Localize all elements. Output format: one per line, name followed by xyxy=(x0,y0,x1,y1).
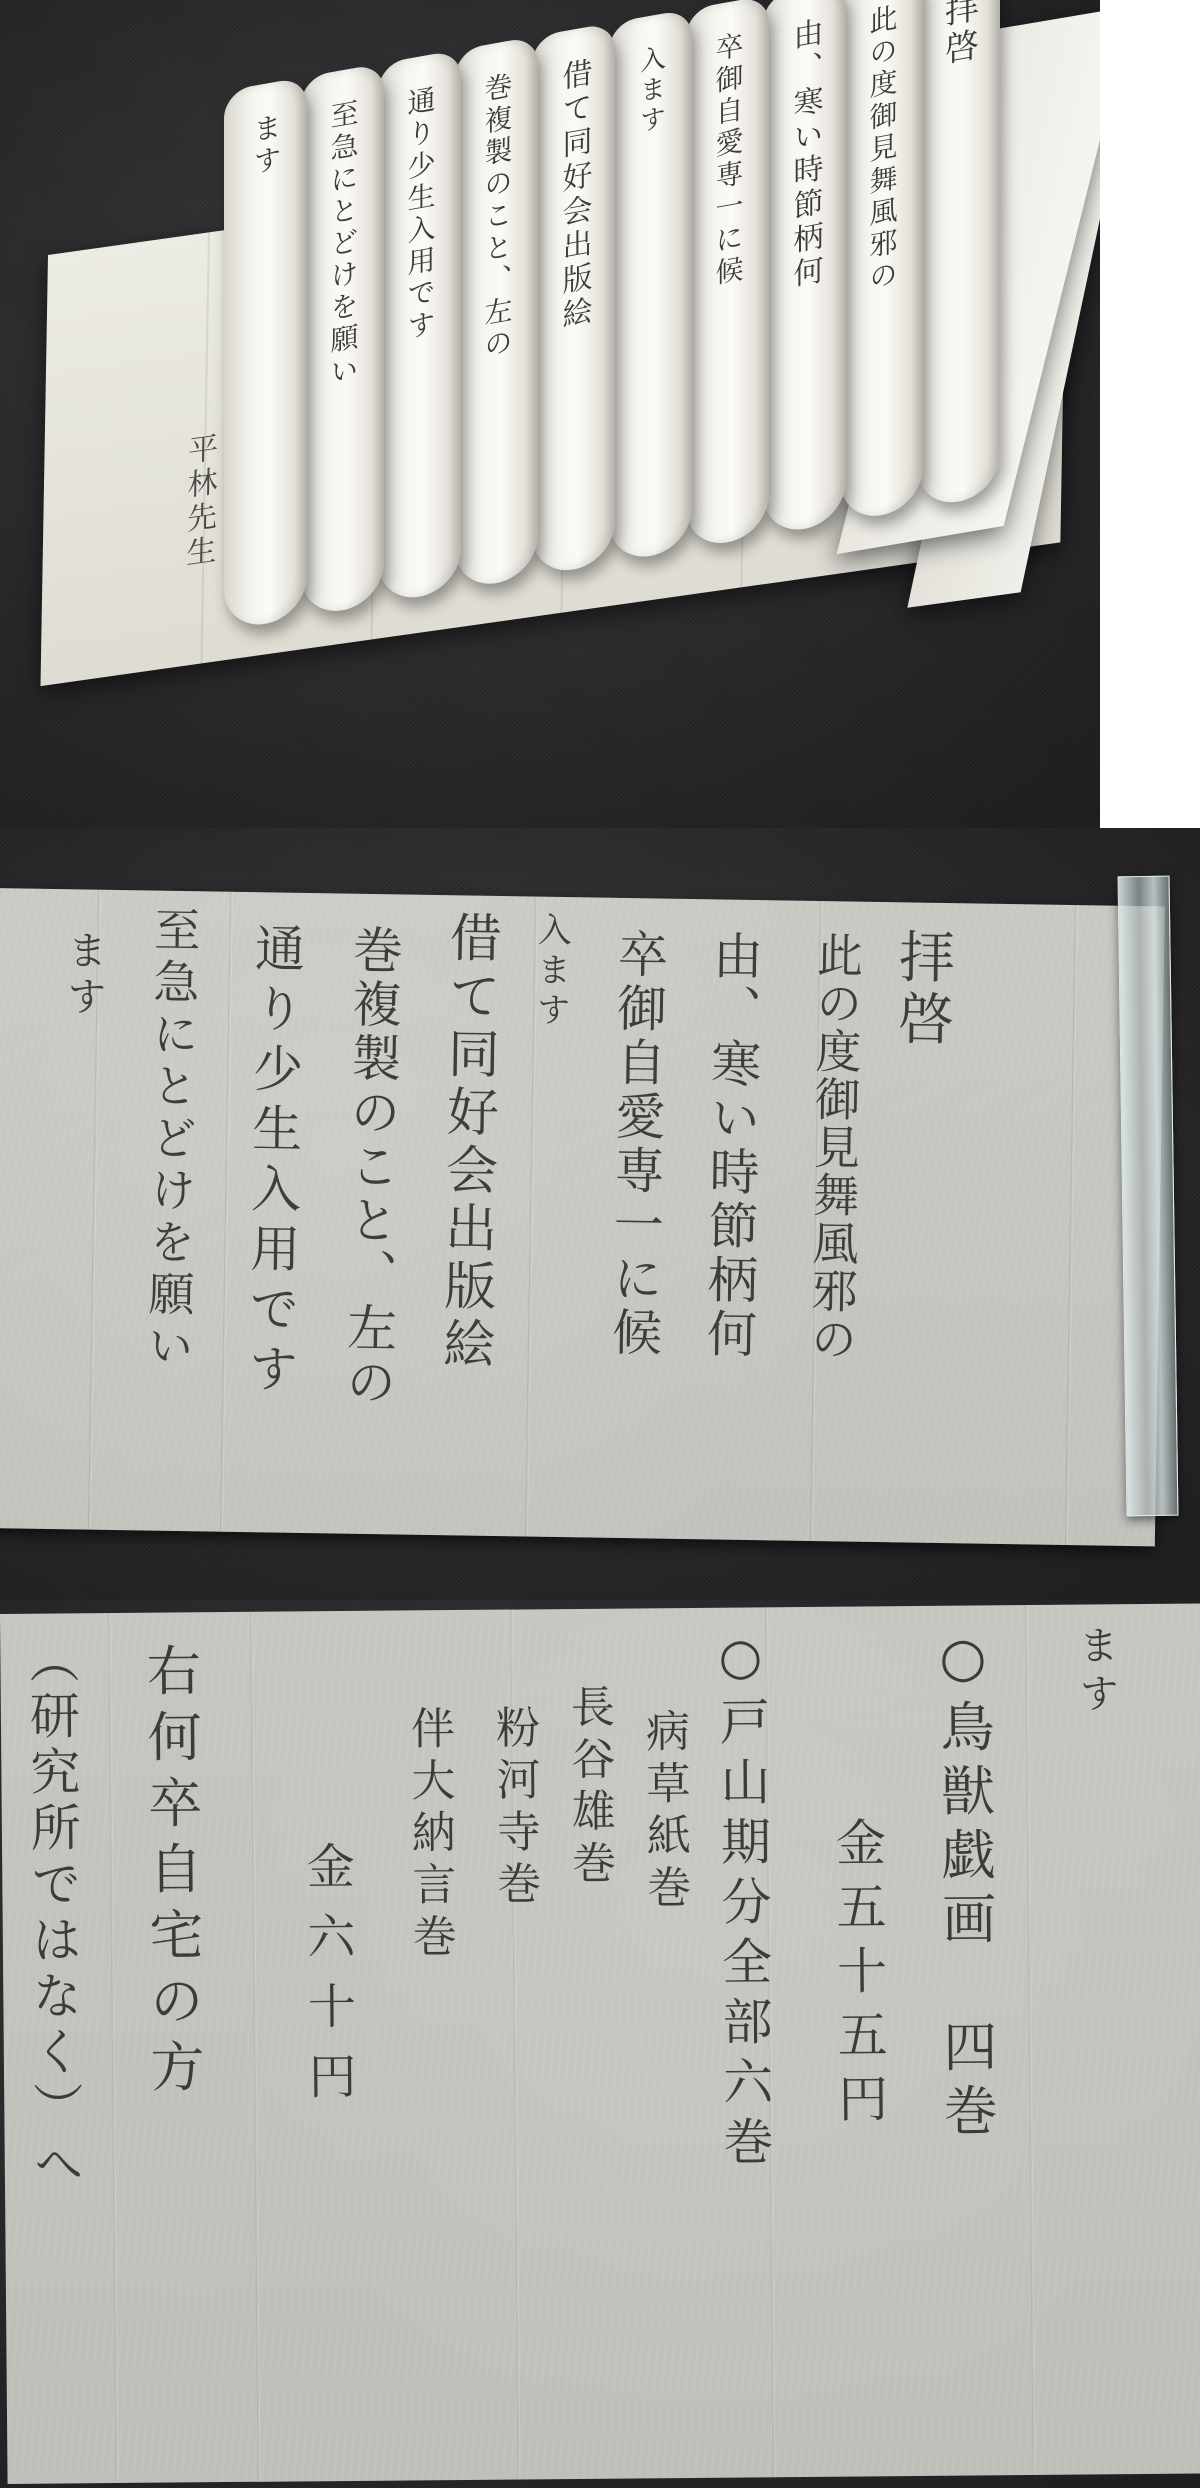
calligraphy-column: 至急にとどけを願い xyxy=(329,98,357,391)
calligraphy-column: 至急にとどけを願い xyxy=(144,906,197,1375)
calligraphy-column: 由、寒い時節柄何 xyxy=(790,16,820,293)
paper-roll: 卒御自愛専一に候 xyxy=(686,0,769,550)
calligraphy-column: 卒御自愛専一に候 xyxy=(608,928,665,1361)
paper-fold-line xyxy=(108,1613,119,2483)
list-item-toyama-set: ○戸山期分全部六巻 xyxy=(715,1627,770,2175)
calligraphy-column: 巻複製のこと、左の xyxy=(483,71,511,364)
paper-roll: 至急にとどけを願い xyxy=(301,63,384,618)
list-sub-item: 長谷雄巻 xyxy=(566,1684,612,1892)
calligraphy-column: ます xyxy=(1075,1624,1116,1720)
washi-letter-sheet: 拝啓 此の度御見舞風邪の 由、寒い時節柄何 卒御自愛専一に候 入ます 借て同好会… xyxy=(0,888,1165,1546)
calligraphy-column: 入ます xyxy=(638,44,664,139)
paper-roll: ます xyxy=(224,76,307,631)
calligraphy-column: 通り少生入用です xyxy=(244,922,302,1403)
photo-folded-letter: 鳥獣戯画 四巻 平林先生 雄 風邪の にて 拝啓 此の度御見舞風邪の 由、寒い時… xyxy=(0,0,1100,828)
photo-letter-opening: 拝啓 此の度御見舞風邪の 由、寒い時節柄何 卒御自愛専一に候 入ます 借て同好会… xyxy=(0,828,1200,1600)
paper-roll: 巻複製のこと、左の xyxy=(455,36,538,591)
list-sub-item: 伴大納言巻 xyxy=(406,1705,452,1965)
price-55-yen: 金五十五円 xyxy=(832,1816,885,2136)
paper-roll: 通り少生入用です xyxy=(378,49,461,604)
paper-roll: 拝啓 xyxy=(917,0,1000,509)
delivery-note: 右何卒自宅の方 xyxy=(142,1642,200,2104)
calligraphy-column-salutation: 拝啓 xyxy=(893,927,951,1052)
list-item-chojugiga: ○鳥獣戯画 四巻 xyxy=(935,1625,994,2146)
calligraphy-column: 巻複製のこと、左の xyxy=(342,924,400,1411)
paper-fold-line xyxy=(1025,1605,1036,2475)
calligraphy-column: 通り少生入用です xyxy=(406,84,434,345)
calligraphy-column: 借て同好会出版絵 xyxy=(559,57,589,334)
price-60-yen: 金六十円 xyxy=(302,1841,352,2121)
washi-letter-sheet: ます ○鳥獣戯画 四巻 金五十五円 ○戸山期分全部六巻 病草紙巻 長谷雄巻 粉河… xyxy=(0,1604,1200,2484)
calligraphy-column: ます xyxy=(63,929,104,1022)
photo-letter-list: ます ○鳥獣戯画 四巻 金五十五円 ○戸山期分全部六巻 病草紙巻 長谷雄巻 粉河… xyxy=(0,1600,1200,2488)
calligraphy-column: 借て同好会出版絵 xyxy=(437,910,496,1375)
paper-roll: 入ます xyxy=(609,9,692,564)
paper-roll: 借て同好会出版絵 xyxy=(532,22,615,577)
paper-fold-line xyxy=(250,1612,261,2482)
paper-fold-line xyxy=(220,892,233,1532)
calligraphy-column: 入ます xyxy=(533,912,569,1033)
paper-roll: 由、寒い時節柄何 xyxy=(763,0,846,536)
white-margin-strip xyxy=(1100,0,1200,828)
paper-roll: 此の度御見舞風邪の xyxy=(840,0,923,522)
calligraphy-column: 此の度御見舞風邪の xyxy=(868,3,896,296)
calligraphy-column: 由、寒い時節柄何 xyxy=(703,929,760,1362)
list-sub-item: 病草紙巻 xyxy=(641,1708,687,1916)
glass-paperweight xyxy=(1118,876,1179,1517)
calligraphy-column: 拝啓 xyxy=(942,0,976,71)
calligraphy-column: 平林先生 xyxy=(182,432,214,573)
calligraphy-column: ます xyxy=(252,111,280,180)
calligraphy-column: 此の度御見舞風邪の xyxy=(808,931,861,1364)
delivery-note-parenthetical: （研究所ではなく）へ xyxy=(25,1633,80,2193)
list-sub-item: 粉河寺巻 xyxy=(491,1704,537,1912)
calligraphy-column: 卒御自愛専一に候 xyxy=(714,30,742,291)
paper-fold-line xyxy=(1065,905,1078,1545)
